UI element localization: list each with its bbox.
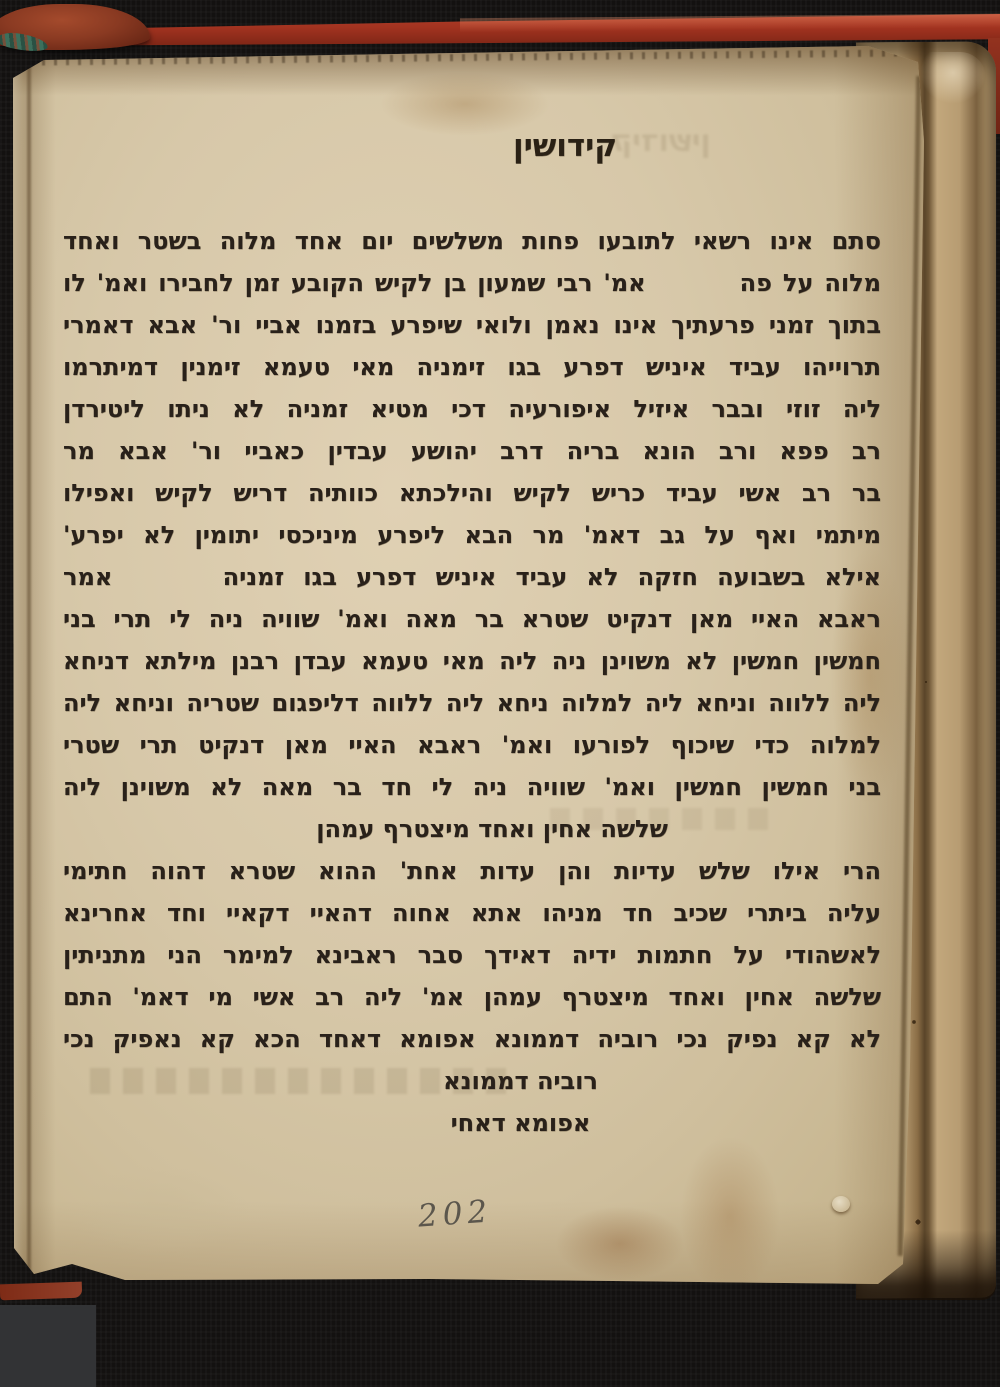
text-line: הרי אילו שלש עדיות והן עדות אחת' ההוא שט…	[63, 850, 881, 892]
binding-red-bottom-sliver	[0, 1282, 82, 1301]
manuscript-photo: קידושין קידושין סתם אינו רשאי לתובעו פחו…	[0, 0, 1000, 1387]
text-line-mishnah: שלשה אחין ואחד מיצטרף עמהן	[278, 808, 706, 850]
text-line: מלוה על פה אמ' רבי שמעון בן לקיש הקובע ז…	[63, 262, 881, 304]
text-line: חמשין חמשין לא משוינן ניה ליה מאי טעמא ע…	[63, 640, 881, 682]
stain	[555, 1206, 685, 1281]
text-line: סתם אינו רשאי לתובעו פחות משלשים יום אחד…	[63, 220, 881, 262]
text-line: בני חמשין חמשין ואמ' שוויה ניה לי חד בר …	[63, 766, 881, 808]
stain	[680, 1136, 780, 1296]
light-patch	[70, 1166, 250, 1256]
fore-edge-gloss	[920, 52, 986, 104]
text-line: למלוה כדי שיכוף לפורעו ואמ' ראבא האיי מא…	[63, 724, 881, 766]
folio-number-pencil: 202	[417, 1193, 494, 1234]
text-line: בתוך זמני פרעתיך אינו נאמן ולואי שיפרע ב…	[63, 304, 881, 346]
tractate-title: קידושין	[460, 128, 670, 164]
text-line: ראבא האיי מאן דנקיט שטרא בר מאה ואמ' שוו…	[63, 598, 881, 640]
manuscript-text-block: סתם אינו רשאי לתובעו פחות משלשים יום אחד…	[63, 220, 881, 1102]
text-line: מיתמי ואף על גב דאמ' מר הבא ליפרע מיניכס…	[63, 514, 881, 556]
text-line: בר רב אשי עביד כריש לקיש והילכתא כוותיה …	[63, 472, 881, 514]
text-line: רב פפא ורב הונא בריה דרב יהושע עבדין כאב…	[63, 430, 881, 472]
text-line: לאשהודי על חתמות ידיה דאידך סבר ראבינא ל…	[63, 934, 881, 976]
cradle-support-block	[0, 1305, 96, 1387]
text-line: ליה זוזי ובבר איזיל איפורעיה דכי מטיא זמ…	[63, 388, 881, 430]
gutter-fold-line	[27, 46, 31, 1288]
text-line-last: רוביה דממונא אפומא דאחי	[408, 1060, 633, 1102]
stain	[380, 72, 550, 136]
text-line: אילא בשבועה חזקה לא עביד איניש דפרע בגו …	[63, 556, 881, 598]
text-line: שלשה אחין ואחד מיצטרף עמהן אמ' ליה רב אש…	[63, 976, 881, 1018]
text-line: לא קא נפיק נכי רוביה דממונא אפומא דאחד ה…	[63, 1018, 881, 1060]
parchment-bump	[832, 1196, 850, 1212]
text-line: תרוייהו עביד איניש דפרע בגו זימניה מאי ט…	[63, 346, 881, 388]
gutter-highlight	[10, 46, 24, 1288]
text-line: ליה ללווה וניחא ליה למלוה ניחא ליה ללווה…	[63, 682, 881, 724]
text-line: עליה ביתרי שכיב חד מניהו אתא אחוה דהאיי …	[63, 892, 881, 934]
